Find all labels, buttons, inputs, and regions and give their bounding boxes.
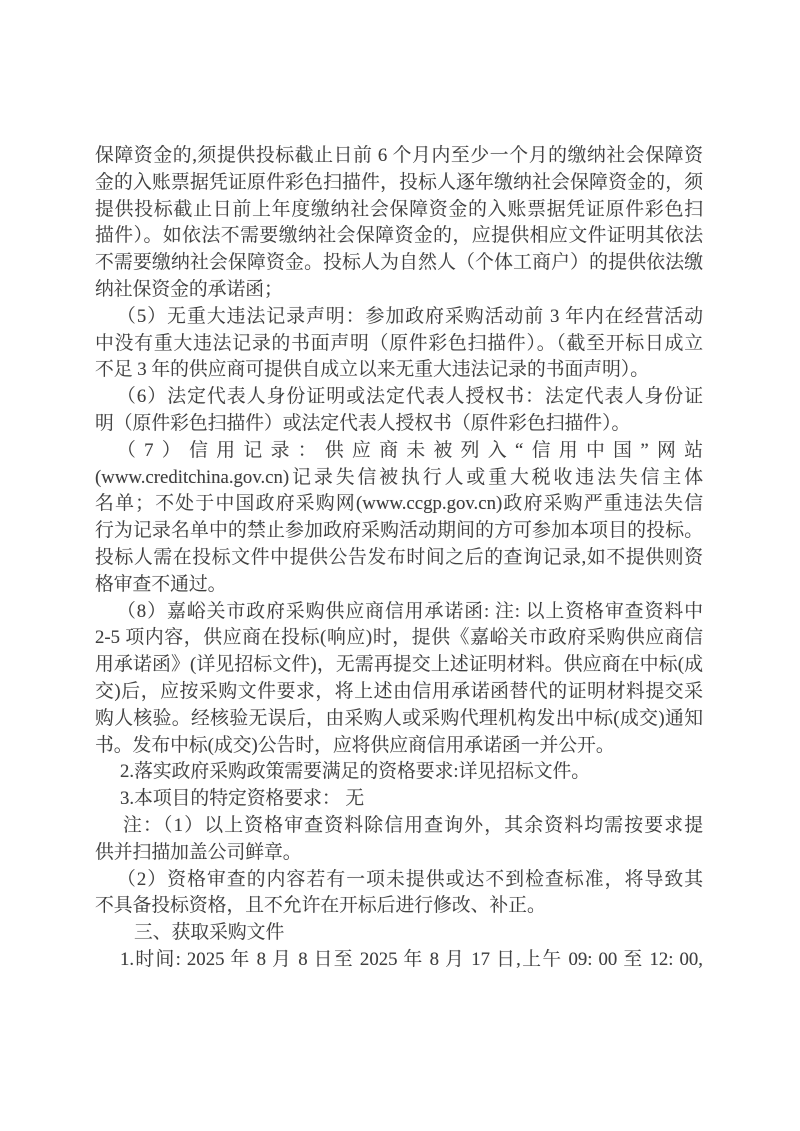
text-line: 不具备投标资格，且不允许在开标后进行修改、补正。 bbox=[95, 893, 703, 920]
text-line: 注：（1）以上资格审查资料除信用查询外，其余资料均需按要求提 bbox=[95, 813, 703, 840]
text-line: 3.本项目的特定资格要求： 无 bbox=[95, 786, 703, 813]
text-line: 书。发布中标(成交)公告时，应将供应商信用承诺函一并公开。 bbox=[95, 733, 703, 760]
text-line: 描件）。如依法不需要缴纳社会保障资金的，应提供相应文件证明其依法 bbox=[95, 223, 703, 250]
document-body: 保障资金的,须提供投标截止日前 6 个月内至少一个月的缴纳社会保障资金的入账票据… bbox=[95, 143, 703, 974]
text-line: 保障资金的,须提供投标截止日前 6 个月内至少一个月的缴纳社会保障资 bbox=[95, 143, 703, 170]
text-line: 用承诺函》(详见招标文件)，无需再提交上述证明材料。供应商在中标(成 bbox=[95, 652, 703, 679]
text-line: （6）法定代表人身份证明或法定代表人授权书：法定代表人身份证 bbox=[95, 384, 703, 411]
document-page: 保障资金的,须提供投标截止日前 6 个月内至少一个月的缴纳社会保障资金的入账票据… bbox=[0, 0, 800, 1131]
text-line: 2-5 项内容，供应商在投标(响应)时，提供《嘉峪关市政府采购供应商信 bbox=[95, 625, 703, 652]
text-line: 不足 3 年的供应商可提供自成立以来无重大违法记录的书面声明）。 bbox=[95, 357, 703, 384]
text-line: （8）嘉峪关市政府采购供应商信用承诺函: 注: 以上资格审查资料中 bbox=[95, 599, 703, 626]
text-line: 格审查不通过。 bbox=[95, 572, 703, 599]
text-line: 纳社保资金的承诺函； bbox=[95, 277, 703, 304]
text-line: 中没有重大违法记录的书面声明（原件彩色扫描件）。（截至开标日成立 bbox=[95, 331, 703, 358]
text-line: （7）信用记录：供应商未被列入“信用中国”网站 bbox=[95, 438, 703, 465]
text-line: 购人核验。经核验无误后，由采购人或采购代理机构发出中标(成交)通知 bbox=[95, 706, 703, 733]
text-line: 不需要缴纳社会保障资金。投标人为自然人（个体工商户）的提供依法缴 bbox=[95, 250, 703, 277]
text-line: 名单；不处于中国政府采购网(www.ccgp.gov.cn)政府采购严重违法失信 bbox=[95, 491, 703, 518]
text-line: （5）无重大违法记录声明：参加政府采购活动前 3 年内在经营活动 bbox=[95, 304, 703, 331]
text-line: 2.落实政府采购政策需要满足的资格要求:详见招标文件。 bbox=[95, 759, 703, 786]
text-line: 行为记录名单中的禁止参加政府采购活动期间的方可参加本项目的投标。 bbox=[95, 518, 703, 545]
text-line: (www.creditchina.gov.cn)记录失信被执行人或重大税收违法失… bbox=[95, 465, 703, 492]
text-line: 供并扫描加盖公司鲜章。 bbox=[95, 840, 703, 867]
text-line: 金的入账票据凭证原件彩色扫描件，投标人逐年缴纳社会保障资金的，须 bbox=[95, 170, 703, 197]
text-line: 交)后，应按采购文件要求，将上述由信用承诺函替代的证明材料提交采 bbox=[95, 679, 703, 706]
text-line: 1.时间: 2025 年 8 月 8 日至 2025 年 8 月 17 日,上午… bbox=[95, 947, 703, 974]
text-line: 三、获取采购文件 bbox=[95, 920, 703, 947]
text-line: 明（原件彩色扫描件）或法定代表人授权书（原件彩色扫描件）。 bbox=[95, 411, 703, 438]
text-line: （2）资格审查的内容若有一项未提供或达不到检查标准，将导致其 bbox=[95, 867, 703, 894]
text-line: 投标人需在投标文件中提供公告发布时间之后的查询记录,如不提供则资 bbox=[95, 545, 703, 572]
text-line: 提供投标截止日前上年度缴纳社会保障资金的入账票据凭证原件彩色扫 bbox=[95, 197, 703, 224]
